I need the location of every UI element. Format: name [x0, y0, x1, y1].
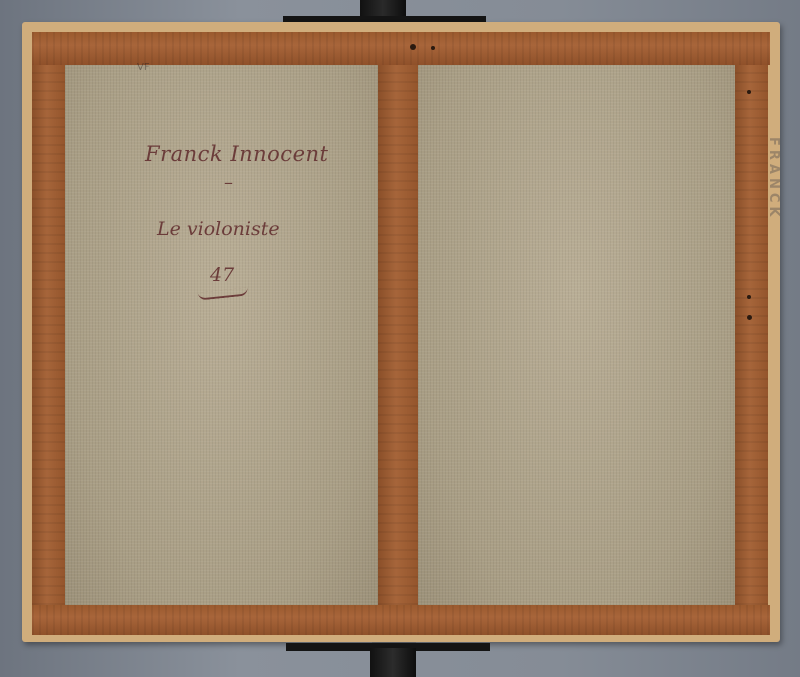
nail-hole [431, 46, 435, 50]
stretcher-left-stile [32, 65, 65, 605]
stretcher-stamp: FRANCK [766, 137, 781, 220]
inscription-artist: Franck Innocent [145, 142, 328, 166]
stretcher-mark: VF [137, 62, 150, 73]
nail-hole [747, 90, 751, 94]
stretcher-top-bar [32, 32, 770, 65]
canvas-back-right-panel [418, 65, 735, 625]
inscription-year: 47 [210, 264, 234, 286]
nail-hole [410, 44, 416, 50]
easel-post-bottom [370, 648, 416, 677]
inscription-title: Le violoniste [157, 218, 280, 240]
stretcher-right-stile [735, 65, 768, 605]
inscription-separator: – [224, 172, 233, 193]
stretcher-center-crossbar [378, 65, 418, 605]
nail-hole [747, 295, 751, 299]
nail-hole [747, 315, 752, 320]
stretcher-bottom-bar [32, 605, 770, 635]
canvas-stretcher-frame: VF FRANCK [22, 22, 780, 642]
